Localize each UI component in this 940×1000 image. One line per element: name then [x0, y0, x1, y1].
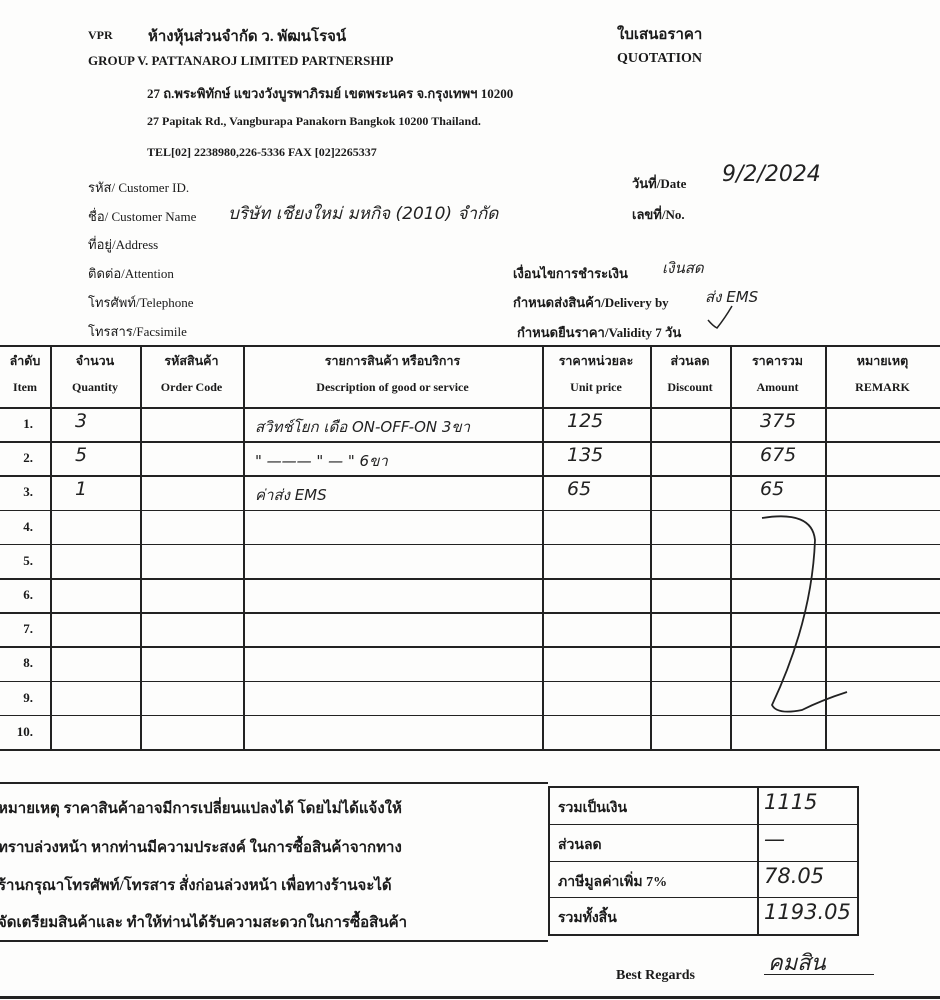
- column-header-th: รายการสินค้า หรือบริการ: [325, 354, 460, 368]
- customer-id-label: รหัส/ Customer ID.: [88, 177, 189, 198]
- number-label: เลขที่/No.: [632, 204, 685, 225]
- cell-unit[interactable]: 65: [567, 478, 591, 500]
- customer-attention-label: ติดต่อ/Attention: [88, 263, 174, 284]
- row-number: 6.: [3, 587, 33, 603]
- doc-title-en: QUOTATION: [617, 51, 702, 67]
- cell-qty[interactable]: 5: [75, 444, 87, 466]
- company-address-th: 27 ถ.พระพิทักษ์ แขวงวังบูรพาภิรมย์ เขตพร…: [147, 83, 513, 104]
- row-number: 1.: [3, 416, 33, 432]
- column-header-en: REMARK: [825, 380, 940, 395]
- row-number: 9.: [3, 690, 33, 706]
- subtotal-value[interactable]: 1115: [764, 790, 817, 814]
- best-regards: Best Regards: [616, 968, 695, 984]
- note-line: ร้านกรุณาโทรศัพท์/โทรสาร สั่งก่อนล่วงหน้…: [0, 873, 392, 897]
- column-header-th: จำนวน: [76, 354, 114, 368]
- column-header: หมายเหตุREMARK: [825, 351, 940, 395]
- discount-label: ส่วนลด: [558, 834, 602, 856]
- checkmark-icon: [705, 304, 735, 330]
- row-number: 10.: [3, 724, 33, 740]
- row-number: 8.: [3, 655, 33, 671]
- column-header: ราคารวมAmount: [730, 351, 825, 395]
- vat-value[interactable]: 78.05: [764, 864, 824, 888]
- company-contact: TEL[02] 2238980,226-5336 FAX [02]2265337: [147, 145, 377, 160]
- date-value[interactable]: 9/2/2024: [722, 162, 821, 187]
- note-line: จัดเตรียมสินค้าและ ทำให้ท่านได้รับความสะ…: [0, 910, 407, 934]
- column-header-en: Description of good or service: [243, 380, 542, 395]
- column-header-en: Amount: [730, 380, 825, 395]
- delivery-label: กำหนดส่งสินค้า/Delivery by: [513, 292, 669, 313]
- totals-box: รวมเป็นเงิน 1115 ส่วนลด — ภาษีมูลค่าเพิ่…: [548, 786, 859, 936]
- cell-qty[interactable]: 1: [75, 478, 87, 500]
- row-number: 3.: [3, 484, 33, 500]
- column-header-en: Discount: [650, 380, 730, 395]
- column-header: รหัสสินค้าOrder Code: [140, 351, 243, 395]
- cell-desc[interactable]: ค่าส่ง EMS: [255, 483, 327, 507]
- customer-address-label: ที่อยู่/Address: [88, 234, 158, 255]
- column-header-en: Order Code: [140, 380, 243, 395]
- cell-desc[interactable]: " ——— " — " 6ขา: [255, 449, 388, 473]
- column-header-th: ลำดับ: [10, 354, 41, 368]
- column-header-th: ส่วนลด: [671, 354, 710, 368]
- company-name-en: GROUP V. PATTANAROJ LIMITED PARTNERSHIP: [88, 53, 393, 69]
- strike-mark-icon: [752, 510, 862, 720]
- column-header: รายการสินค้า หรือบริการDescription of go…: [243, 351, 542, 395]
- cell-amount[interactable]: 65: [760, 478, 784, 500]
- company-name-th: ห้างหุ้นส่วนจำกัด ว. พัฒนโรจน์: [148, 24, 346, 48]
- note-line: หมายเหตุ ราคาสินค้าอาจมีการเปลี่ยนแปลงได…: [0, 796, 402, 820]
- column-header: ลำดับItem: [0, 351, 50, 395]
- vat-label: ภาษีมูลค่าเพิ่ม 7%: [558, 871, 667, 893]
- cell-unit[interactable]: 135: [567, 444, 603, 466]
- totals-grand-row: รวมทั้งสิ้น 1193.05: [550, 897, 857, 934]
- column-header-th: ราคาหน่วยละ: [559, 354, 634, 368]
- column-header-th: ราคารวม: [752, 354, 803, 368]
- customer-name-value[interactable]: บริษัท เชียงใหม่ มหกิจ (2010) จำกัด: [228, 200, 498, 227]
- column-header-en: Item: [0, 380, 50, 395]
- grand-total-label: รวมทั้งสิ้น: [558, 907, 617, 929]
- doc-title-th: ใบเสนอราคา: [617, 22, 702, 46]
- subtotal-label: รวมเป็นเงิน: [558, 797, 627, 819]
- company-address-en: 27 Papitak Rd., Vangburapa Panakorn Bang…: [147, 114, 481, 129]
- column-header-th: รหัสสินค้า: [164, 354, 218, 368]
- column-header: ส่วนลดDiscount: [650, 351, 730, 395]
- totals-vat-row: ภาษีมูลค่าเพิ่ม 7% 78.05: [550, 861, 857, 898]
- note-line: ทราบล่วงหน้า หากท่านมีความประสงค์ ในการซ…: [0, 835, 402, 859]
- column-header-en: Unit price: [542, 380, 650, 395]
- company-abbr: VPR: [88, 28, 113, 43]
- column-header-en: Quantity: [50, 380, 140, 395]
- customer-name-label: ชื่อ/ Customer Name: [88, 206, 196, 227]
- cell-amount[interactable]: 375: [760, 410, 796, 432]
- payment-value[interactable]: เงินสด: [662, 256, 704, 280]
- row-number: 7.: [3, 621, 33, 637]
- payment-label: เงื่อนไขการชำระเงิน: [513, 263, 628, 284]
- date-label: วันที่/Date: [632, 173, 686, 194]
- cell-desc[interactable]: สวิทช์โยก เดือ ON-OFF-ON 3ขา: [255, 415, 470, 439]
- row-number: 4.: [3, 519, 33, 535]
- grand-total-value[interactable]: 1193.05: [764, 900, 851, 924]
- discount-value[interactable]: —: [764, 827, 785, 851]
- row-number: 2.: [3, 450, 33, 466]
- column-header: จำนวนQuantity: [50, 351, 140, 395]
- customer-facsimile-label: โทรสาร/Facsimile: [88, 321, 187, 342]
- totals-discount-row: ส่วนลด —: [550, 824, 857, 861]
- column-header: ราคาหน่วยละUnit price: [542, 351, 650, 395]
- cell-unit[interactable]: 125: [567, 410, 603, 432]
- customer-telephone-label: โทรศัพท์/Telephone: [88, 292, 194, 313]
- cell-qty[interactable]: 3: [75, 410, 87, 432]
- column-header-th: หมายเหตุ: [857, 354, 908, 368]
- cell-amount[interactable]: 675: [760, 444, 796, 466]
- totals-subtotal-row: รวมเป็นเงิน 1115: [550, 788, 857, 824]
- row-number: 5.: [3, 553, 33, 569]
- validity-label: กำหนดยืนราคา/Validity 7 วัน: [517, 322, 681, 343]
